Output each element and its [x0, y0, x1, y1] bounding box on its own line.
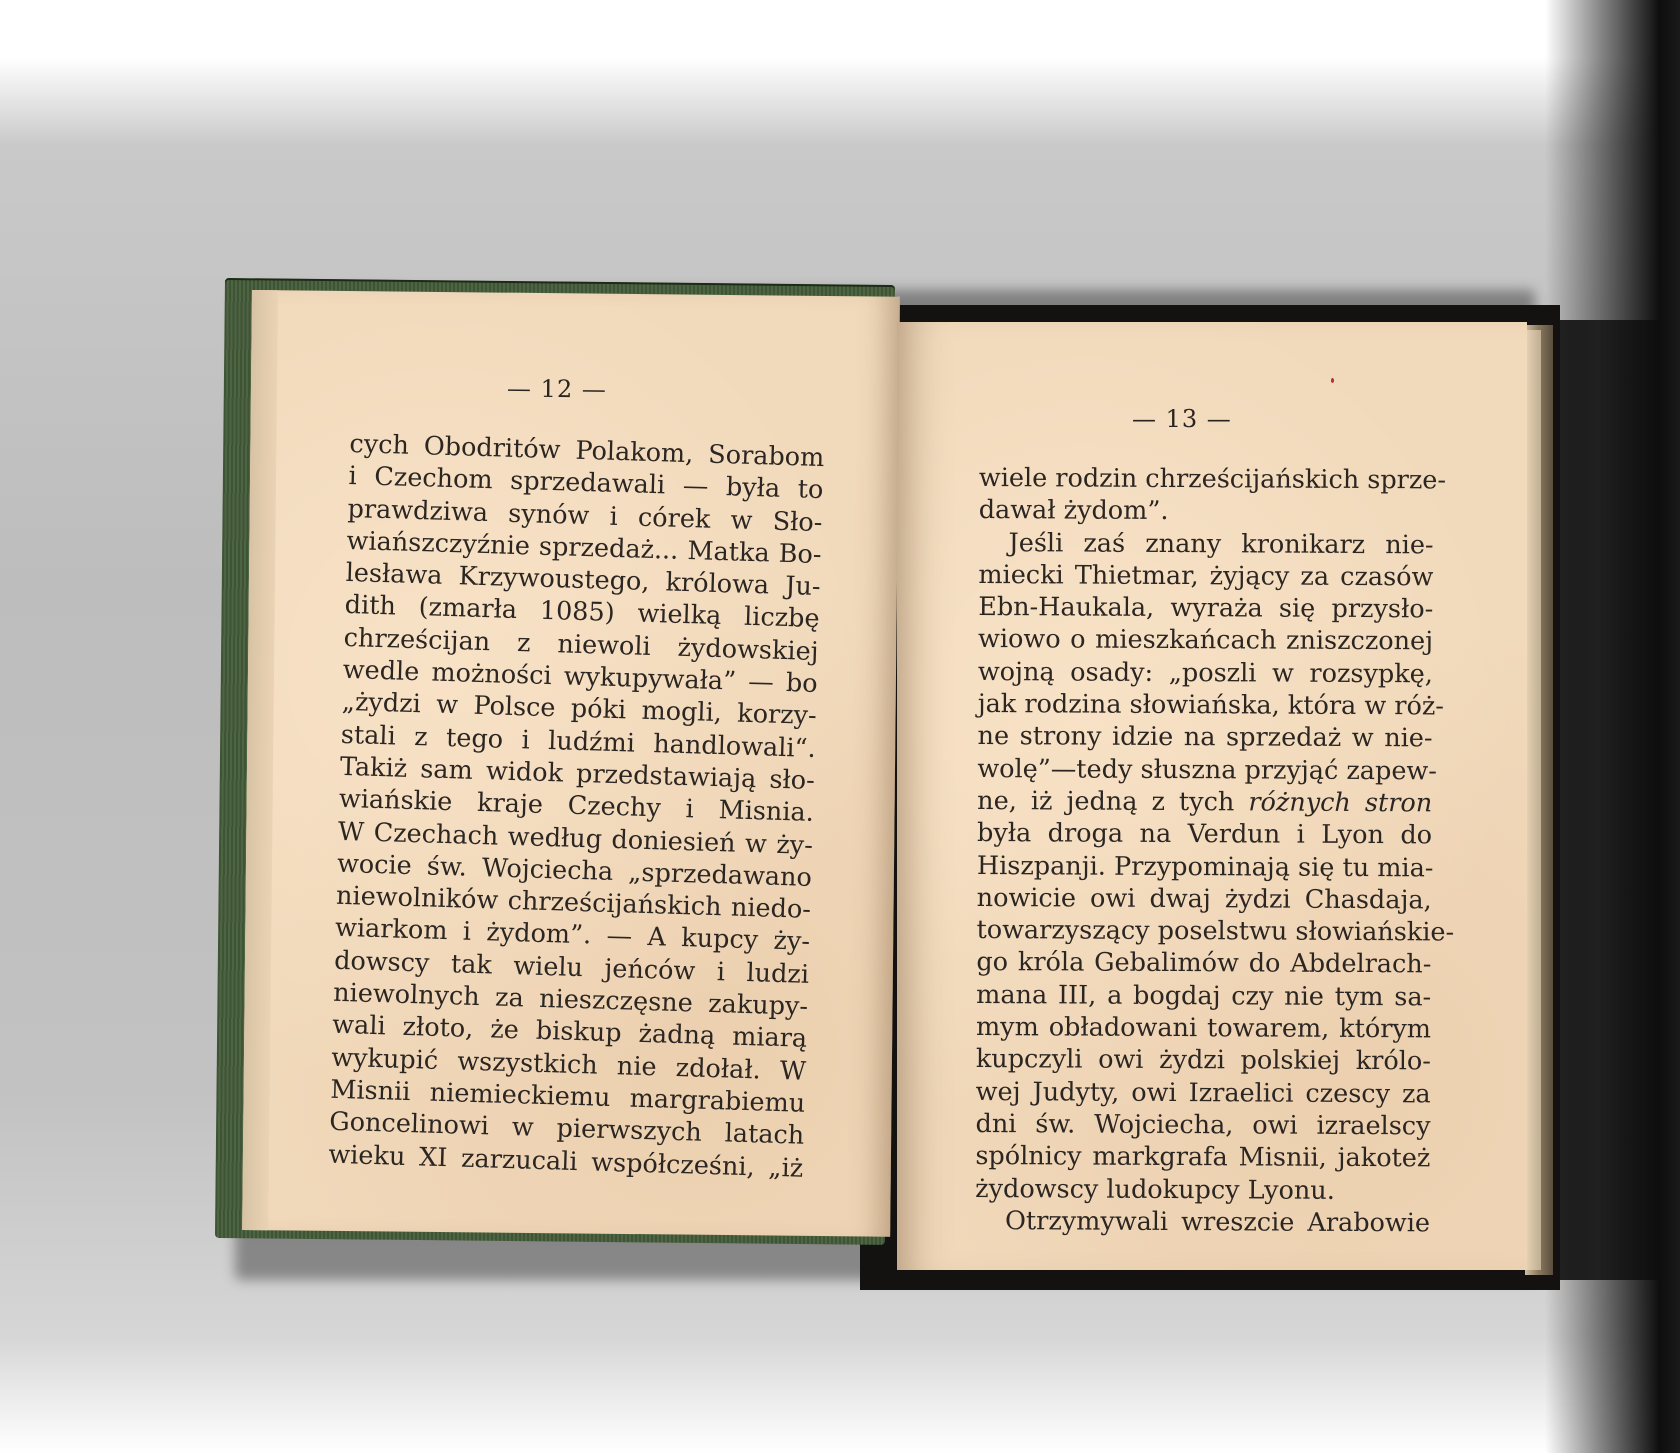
page-number-right: — 13 — [1132, 405, 1232, 433]
text-line: kupczyli owi żydzi polskiej królo- [976, 1043, 1431, 1078]
text-line: dni św. Wojciecha, owi izraelscy [975, 1108, 1430, 1143]
text-line: dawał żydom”. [979, 494, 1434, 529]
text-line: Ebn-Haukala, wyraża się przysło- [978, 591, 1433, 626]
ink-speck [1331, 378, 1334, 383]
text-line: wej Judyty, owi Izraelici czescy za [976, 1076, 1431, 1111]
text-line: mym obładowani towarem, którym [976, 1011, 1431, 1046]
text-line: towarzyszący poselstwu słowiańskie- [976, 914, 1431, 949]
text-line: żydowscy ludokupcy Lyonu. [975, 1173, 1430, 1208]
text-line: spólnicy markgrafa Misnii, jakoteż [975, 1140, 1430, 1175]
paragraph-start-line: Otrzymywali wreszcie Arabowie [975, 1205, 1430, 1240]
text-segment: ne, iż jedną z tych [977, 786, 1248, 817]
text-line: była droga na Verdun i Lyon do [977, 817, 1432, 852]
text-line: Hiszpanji. Przypominają się tu mia- [977, 850, 1432, 885]
text-line-with-italic: ne, iż jedną z tych różnych stron [977, 785, 1432, 820]
text-line: wolę”—tedy słuszna przyjąć zapew- [977, 753, 1432, 788]
text-line: nowicie owi dwaj żydzi Chasdaja, [977, 882, 1432, 917]
scanner-edge-shadow [1545, 0, 1680, 1453]
text-line: ne strony idzie na sprzedaż w nie- [977, 720, 1432, 755]
text-line: mana III, a bogdaj czy nie tym sa- [976, 979, 1431, 1014]
text-line: jak rodzina słowiańska, która w róż- [978, 688, 1433, 723]
text-line: miecki Thietmar, żyjący za czasów [978, 559, 1433, 594]
paragraph-start-line: Jeśli zaś znany kronikarz nie- [978, 527, 1433, 562]
text-line: wiele rodzin chrześcijańskich sprze- [979, 462, 1434, 497]
page-block-edge [1527, 330, 1541, 1270]
right-page-text: wiele rodzin chrześcijańskich sprze- daw… [975, 462, 1434, 1239]
left-page-text: cych Obodritów Polakom, Sorabom i Czecho… [328, 428, 825, 1185]
text-line: go króla Gebalimów do Abdelrach- [976, 946, 1431, 981]
text-line: wojną osady: „poszli w rozsypkę, [978, 656, 1433, 691]
italic-phrase: różnych stron [1248, 787, 1432, 818]
page-number-left: — 12 — [507, 374, 607, 403]
text-line: wiowo o mieszkańcach zniszczonej [978, 623, 1433, 658]
